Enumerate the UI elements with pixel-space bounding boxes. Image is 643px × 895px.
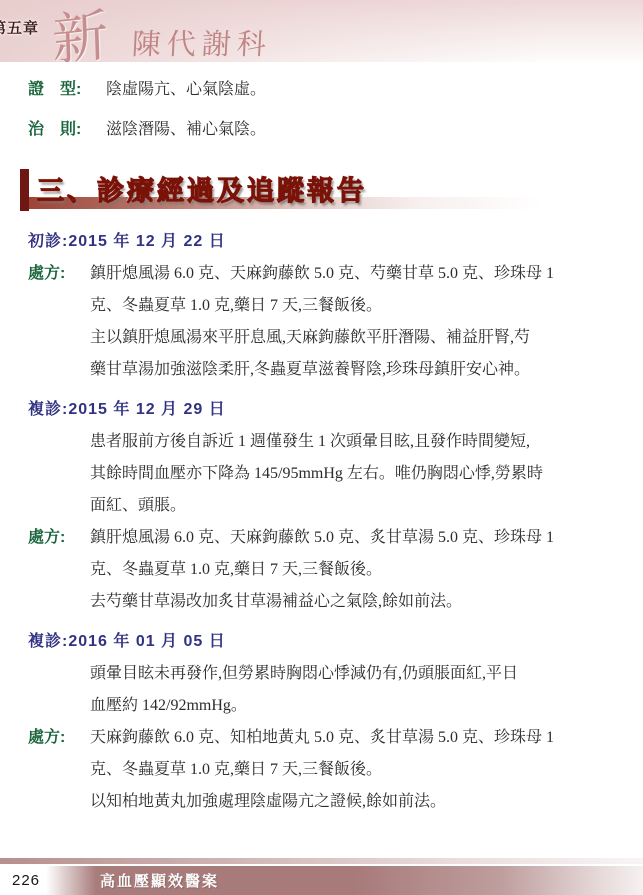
visit-1-note: 主以鎮肝熄風湯來平肝息風,天麻鉤藤飲平肝潛陽、補益肝腎,芍 藥甘草湯加強滋陰柔肝…: [90, 322, 619, 386]
treatment-principle-label: 治 則:: [28, 118, 106, 142]
treatment-principle-value: 滋陰潛陽、補心氣陰。: [106, 121, 266, 138]
visit-3-report: 頭暈目眩未再發作,但勞累時胸悶心悸減仍有,仍頭脹面紅,平日 血壓約 142/92…: [90, 658, 619, 722]
main-content: 證 型:陰虛陽亢、心氣陰虛。 治 則:滋陰潛陽、補心氣陰。 三、診療經過及追蹤報…: [0, 62, 643, 818]
visit-3-date: 複診:2016 年 01 月 05 日: [28, 626, 619, 658]
section-accent-bar: [20, 169, 29, 211]
section-header: 三、診療經過及追蹤報告: [20, 168, 619, 212]
visit-2-prescription-label: 處方:: [28, 522, 90, 586]
visit-2-report: 患者服前方後自訴近 1 週僅發生 1 次頭暈目眩,且發作時間變短, 其餘時間血壓…: [90, 426, 619, 522]
visit-1-prescription-row: 處方: 鎮肝熄風湯 6.0 克、天麻鉤藤飲 5.0 克、芍藥甘草 5.0 克、珍…: [28, 258, 619, 322]
treatment-principle-row: 治 則:滋陰潛陽、補心氣陰。: [28, 118, 619, 142]
visit-1-prescription-label: 處方:: [28, 258, 90, 322]
section-title: 三、診療經過及追蹤報告: [37, 169, 367, 208]
visit-3-prescription-text: 天麻鉤藤飲 6.0 克、知柏地黃丸 5.0 克、炙甘草湯 5.0 克、珍珠母 1…: [90, 722, 619, 786]
visit-3-prescription-row: 處方: 天麻鉤藤飲 6.0 克、知柏地黃丸 5.0 克、炙甘草湯 5.0 克、珍…: [28, 722, 619, 786]
visit-1-prescription-text: 鎮肝熄風湯 6.0 克、天麻鉤藤飲 5.0 克、芍藥甘草 5.0 克、珍珠母 1…: [90, 258, 619, 322]
calligraphy-title: 陳代謝科: [131, 22, 273, 62]
book-page: 第五章 新 陳代謝科 證 型:陰虛陽亢、心氣陰虛。 治 則:滋陰潛陽、補心氣陰。…: [0, 0, 643, 895]
chapter-label: 第五章: [0, 17, 39, 38]
calligraphy-initial-char: 新: [51, 0, 109, 62]
syndrome-type-row: 證 型:陰虛陽亢、心氣陰虛。: [28, 78, 619, 102]
page-header: 第五章 新 陳代謝科: [0, 0, 643, 62]
visit-1-date: 初診:2015 年 12 月 22 日: [28, 226, 619, 258]
footer-band: 226 高血壓顯效醫案: [0, 864, 643, 895]
page-number: 226: [12, 872, 40, 889]
visit-3-note: 以知柏地黃丸加強處理陰虛陽亢之證候,餘如前法。: [90, 786, 619, 818]
visit-2-prescription-row: 處方: 鎮肝熄風湯 6.0 克、天麻鉤藤飲 5.0 克、炙甘草湯 5.0 克、珍…: [28, 522, 619, 586]
visit-2-prescription-text: 鎮肝熄風湯 6.0 克、天麻鉤藤飲 5.0 克、炙甘草湯 5.0 克、珍珠母 1…: [90, 522, 619, 586]
visit-3-prescription-label: 處方:: [28, 722, 90, 786]
syndrome-type-label: 證 型:: [28, 78, 106, 102]
visit-2-date: 複診:2015 年 12 月 29 日: [28, 394, 619, 426]
syndrome-type-value: 陰虛陽亢、心氣陰虛。: [106, 81, 266, 98]
visit-2-note: 去芍藥甘草湯改加炙甘草湯補益心之氣陰,餘如前法。: [90, 586, 619, 618]
page-footer: 226 高血壓顯效醫案: [0, 858, 643, 895]
